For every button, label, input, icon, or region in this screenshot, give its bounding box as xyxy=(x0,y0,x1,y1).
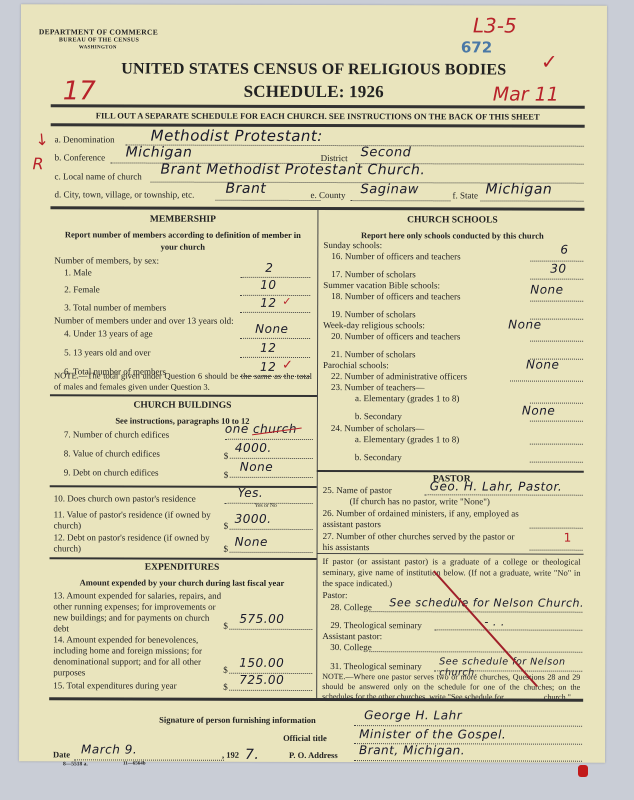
divider xyxy=(317,553,584,555)
red-seal-mark xyxy=(578,765,588,777)
form-number: 8—5518 a. xyxy=(63,761,88,767)
po-address-label: P. O. Address xyxy=(289,750,338,760)
q27-value: 1 xyxy=(564,531,572,545)
q24b-label: b. Secondary xyxy=(355,452,402,462)
age-label: Number of members under and over 13 year… xyxy=(54,315,233,325)
schools-title: CHURCH SCHOOLS xyxy=(320,215,584,226)
signature-label: Signature of person furnishing informati… xyxy=(159,715,316,725)
under-13-value: None xyxy=(255,322,288,336)
q28-label: 28. College xyxy=(330,602,372,612)
by-sex-label: Number of members, by sex: xyxy=(54,255,159,265)
official-title-value: Minister of the Gospel. xyxy=(359,727,506,741)
city-label: WASHINGTON xyxy=(79,45,117,50)
female-value: 10 xyxy=(260,278,276,292)
date-label: Date xyxy=(53,749,70,759)
q20-value: None xyxy=(508,318,541,332)
annotation-margin: R xyxy=(33,154,44,173)
owns-residence-label: 10. Does church own pastor's residence xyxy=(54,493,196,503)
total-expenditures-value: 725.00 xyxy=(239,673,284,687)
stamp-number: 672 xyxy=(461,38,492,56)
graduate-note: If pastor (or assistant pastor) is a gra… xyxy=(322,556,580,590)
buildings-title: CHURCH BUILDINGS xyxy=(50,400,315,411)
form-title: UNITED STATES CENSUS OF RELIGIOUS BODIES xyxy=(21,60,607,80)
residence-debt-label: 12. Debt on pastor's residence (if owned… xyxy=(54,532,229,554)
divider xyxy=(51,104,585,108)
q23-label: 23. Number of teachers— xyxy=(331,382,424,392)
bureau-label: BUREAU OF THE CENSUS xyxy=(59,37,139,43)
pastor-name-label: 25. Name of pastor xyxy=(323,485,392,495)
po-address-value: Brant, Michigan. xyxy=(359,743,465,757)
official-title-label: Official title xyxy=(283,733,327,743)
membership-subtitle: Report number of members according to de… xyxy=(60,228,305,253)
form-subtitle: SCHEDULE: 1926 xyxy=(21,81,607,103)
residence-value-value: 3000. xyxy=(235,512,272,526)
pastor-name-value: Geo. H. Lahr, Pastor. xyxy=(430,479,562,493)
form-number-2: 11—6564b xyxy=(123,762,146,767)
residence-value-label: 11. Value of pastor's residence (if owne… xyxy=(54,509,229,531)
assistant-label: Assistant pastor: xyxy=(322,631,382,641)
over-13-label: 5. 13 years old and over xyxy=(64,347,151,357)
local-name-value: Brant Methodist Protestant Church. xyxy=(161,162,426,179)
denomination-label: a. Denomination xyxy=(55,134,115,144)
running-expenses-label: 13. Amount expended for salaries, repair… xyxy=(53,590,223,634)
edifice-value-label: 8. Value of church edifices xyxy=(64,448,160,458)
total-expenditures-label: 15. Total expenditures during year xyxy=(53,680,176,690)
under-13-label: 4. Under 13 years of age xyxy=(64,328,152,338)
expenditures-title: EXPENDITURES xyxy=(50,562,315,573)
column-divider xyxy=(316,210,318,698)
q31-label: 31. Theological seminary xyxy=(330,661,422,671)
local-name-label: c. Local name of church xyxy=(55,171,142,181)
parochial-schools-label: Parochial schools: xyxy=(323,360,389,370)
q24-label: 24. Number of scholars— xyxy=(331,423,425,433)
q23b-label: b. Secondary xyxy=(355,411,402,421)
q17-value: 30 xyxy=(550,262,566,276)
divider xyxy=(50,394,317,397)
divider xyxy=(49,697,583,701)
edifice-value-value: 4000. xyxy=(235,441,272,455)
q30-label: 30. College xyxy=(330,642,372,652)
benevolences-value: 150.00 xyxy=(239,656,284,670)
annotation-top: L3-5 xyxy=(473,13,517,37)
q28-value: See schedule for Nelson Church. xyxy=(389,596,584,610)
county-label: e. County xyxy=(310,190,345,200)
q24a-label: a. Elementary (grades 1 to 8) xyxy=(355,434,459,444)
q19-label: 19. Number of scholars xyxy=(331,309,416,319)
pastor-name-hint: (If church has no pastor, write "None") xyxy=(350,496,490,506)
q20-label: 20. Number of officers and teachers xyxy=(331,331,460,341)
city-town-value: Brant xyxy=(225,181,266,197)
running-expenses-value: 575.00 xyxy=(239,612,284,626)
q23b-value: None xyxy=(522,404,555,418)
sunday-schools-label: Sunday schools: xyxy=(323,240,382,250)
residence-debt-value: None xyxy=(235,535,268,549)
divider xyxy=(317,470,584,473)
county-value: Saginaw xyxy=(360,182,418,197)
state-value: Michigan xyxy=(485,181,552,197)
check-mark-icon: ✓ xyxy=(282,295,291,308)
total-members-value: 12 xyxy=(260,296,276,310)
q26-label: 26. Number of ordained ministers, if any… xyxy=(323,508,523,531)
conference-value: Michigan xyxy=(126,145,193,161)
q22-label: 22. Number of administrative officers xyxy=(331,371,467,381)
male-value: 2 xyxy=(265,261,273,275)
edifices-label: 7. Number of church edifices xyxy=(64,429,169,439)
male-label: 1. Male xyxy=(64,267,92,277)
owns-residence-value: Yes. xyxy=(238,486,264,500)
year-value: 7. xyxy=(245,747,259,763)
q21-label: 21. Number of scholars xyxy=(331,349,416,359)
female-label: 2. Female xyxy=(64,284,100,294)
summer-schools-label: Summer vacation Bible schools: xyxy=(323,280,440,290)
signature-value: George H. Lahr xyxy=(364,708,462,722)
q16-label: 16. Number of officers and teachers xyxy=(331,251,460,261)
year-prefix: , 192 xyxy=(222,750,239,760)
yes-no-hint: Yes or No xyxy=(255,503,277,509)
divider xyxy=(50,557,317,560)
department-label: DEPARTMENT OF COMMERCE xyxy=(39,27,158,36)
q18-value: None xyxy=(530,283,563,297)
census-schedule-form: DEPARTMENT OF COMMERCE BUREAU OF THE CEN… xyxy=(19,4,607,763)
q16-value: 6 xyxy=(560,243,568,257)
edifice-debt-value: None xyxy=(240,460,273,474)
conference-label: b. Conference xyxy=(55,152,106,162)
over-13-value: 12 xyxy=(260,341,276,355)
q22-value: None xyxy=(526,358,559,372)
date-value: March 9. xyxy=(81,742,137,756)
membership-title: MEMBERSHIP xyxy=(50,214,315,225)
instruction-banner: FILL OUT A SEPARATE SCHEDULE FOR EACH CH… xyxy=(51,110,585,121)
edifice-debt-label: 9. Debt on church edifices xyxy=(64,467,159,477)
weekday-schools-label: Week-day religious schools: xyxy=(323,320,425,330)
expenditures-subtitle: Amount expended by your church during la… xyxy=(49,576,314,589)
pastor-sub-label: Pastor: xyxy=(322,590,347,600)
total-members-label: 3. Total number of members xyxy=(64,302,166,312)
q18-label: 18. Number of officers and teachers xyxy=(331,291,460,301)
benevolences-label: 14. Amount expended for benevolences, in… xyxy=(53,634,223,678)
q29-value: - . . xyxy=(484,615,505,628)
membership-note: NOTE.—The total given under Question 6 s… xyxy=(54,370,312,393)
arrow-icon: ↙ xyxy=(30,128,53,150)
q17-label: 17. Number of scholars xyxy=(331,269,416,279)
state-label: f. State xyxy=(452,190,478,200)
divider xyxy=(50,485,317,488)
city-town-label: d. City, town, village, or township, etc… xyxy=(54,189,194,199)
district-value: Second xyxy=(361,145,412,160)
q27-label: 27. Number of other churches served by t… xyxy=(323,531,523,554)
q29-label: 29. Theological seminary xyxy=(330,620,422,630)
q23a-label: a. Elementary (grades 1 to 8) xyxy=(355,393,459,403)
denomination-value: Methodist Protestant: xyxy=(151,127,323,145)
